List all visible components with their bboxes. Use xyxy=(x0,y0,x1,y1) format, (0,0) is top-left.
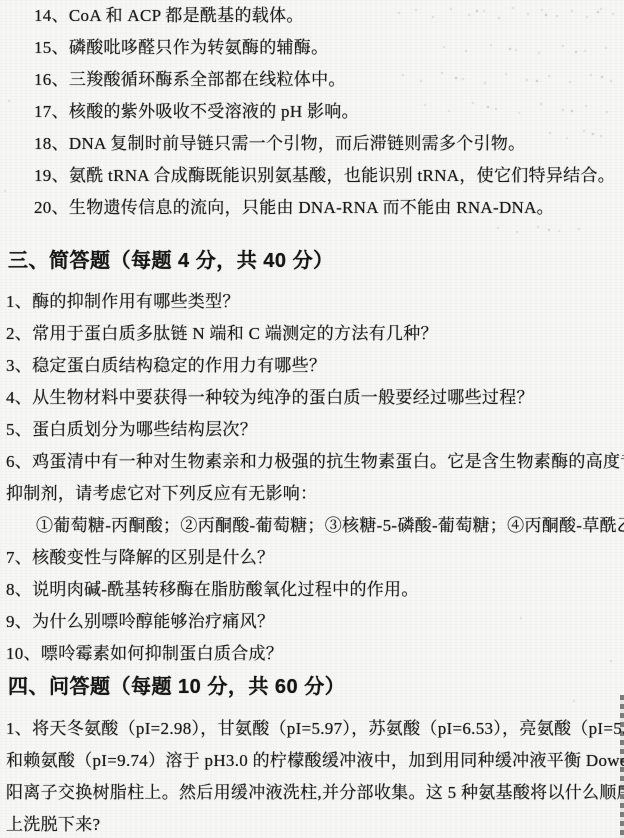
s3-question-3: 3、稳定蛋白质结构稳定的作用力有哪些？ xyxy=(0,350,624,382)
section4-question-list: 1、将天冬氨酸（pI=2.98），甘氨酸（pI=5.97），苏氨酸（pI=6.5… xyxy=(0,713,624,838)
s3-question-2: 2、常用于蛋白质多肽链 N 端和 C 端测定的方法有几种？ xyxy=(0,318,624,350)
s3-question-8: 8、说明肉碱-酰基转移酶在脂肪酸氧化过程中的作用。 xyxy=(0,574,624,606)
s3-question-6-subitems: ①葡萄糖-丙酮酸；②丙酮酸-葡萄糖；③核糖-5-磷酸-葡萄糖；④丙酮酸-草酰乙酸 xyxy=(0,510,624,542)
s3-question-6-line1: 6、鸡蛋清中有一种对生物素亲和力极强的抗生物素蛋白。它是含生物素酶的高度专一的 xyxy=(0,446,624,478)
judge-item-16: 16、三羧酸循环酶系全部都在线粒体中。 xyxy=(0,64,624,96)
s4-question-1-line3: 阳离子交换树脂柱上。然后用缓冲液洗柱,并分部收集。这 5 种氨基酸将以什么顺序从… xyxy=(0,777,624,809)
section3-title: 三、简答题（每题 4 分，共 40 分） xyxy=(0,246,624,276)
judge-item-18: 18、DNA 复制时前导链只需一个引物，而后滞链则需多个引物。 xyxy=(0,128,624,160)
s4-question-1-line2: 和赖氨酸（pI=9.74）溶于 pH3.0 的柠檬酸缓冲液中，加到用同种缓冲液平… xyxy=(0,745,624,777)
judge-item-17: 17、核酸的紫外吸收不受溶液的 pH 影响。 xyxy=(0,96,624,128)
section4-title: 四、问答题（每题 10 分，共 60 分） xyxy=(0,672,624,702)
judge-item-14: 14、CoA 和 ACP 都是酰基的载体。 xyxy=(0,0,624,32)
s3-question-5: 5、蛋白质划分为哪些结构层次？ xyxy=(0,414,624,446)
s3-question-10: 10、嘌呤霉素如何抑制蛋白质合成？ xyxy=(0,638,624,670)
scanned-exam-page: 14、CoA 和 ACP 都是酰基的载体。 15、磷酸吡哆醛只作为转氨酶的辅酶。… xyxy=(0,0,624,838)
judge-item-20: 20、生物遗传信息的流向，只能由 DNA-RNA 而不能由 RNA-DNA。 xyxy=(0,192,624,224)
s3-question-7: 7、核酸变性与降解的区别是什么？ xyxy=(0,542,624,574)
s3-question-1: 1、酶的抑制作用有哪些类型？ xyxy=(0,286,624,318)
judge-item-15: 15、磷酸吡哆醛只作为转氨酶的辅酶。 xyxy=(0,32,624,64)
s3-question-6-line2: 抑制剂，请考虑它对下列反应有无影响： xyxy=(0,478,624,510)
s4-question-1-line4: 上洗脱下来? xyxy=(0,809,624,838)
s3-question-4: 4、从生物材料中要获得一种较为纯净的蛋白质一般要经过哪些过程？ xyxy=(0,382,624,414)
judge-item-19: 19、氨酰 tRNA 合成酶既能识别氨基酸，也能识别 tRNA，使它们特异结合。 xyxy=(0,160,624,192)
s3-question-9: 9、为什么别嘌呤醇能够治疗痛风？ xyxy=(0,606,624,638)
s4-question-1-line1: 1、将天冬氨酸（pI=2.98），甘氨酸（pI=5.97），苏氨酸（pI=6.5… xyxy=(0,713,624,745)
true-false-item-list: 14、CoA 和 ACP 都是酰基的载体。 15、磷酸吡哆醛只作为转氨酶的辅酶。… xyxy=(0,0,624,224)
section3-question-list: 1、酶的抑制作用有哪些类型？ 2、常用于蛋白质多肽链 N 端和 C 端测定的方法… xyxy=(0,286,624,670)
